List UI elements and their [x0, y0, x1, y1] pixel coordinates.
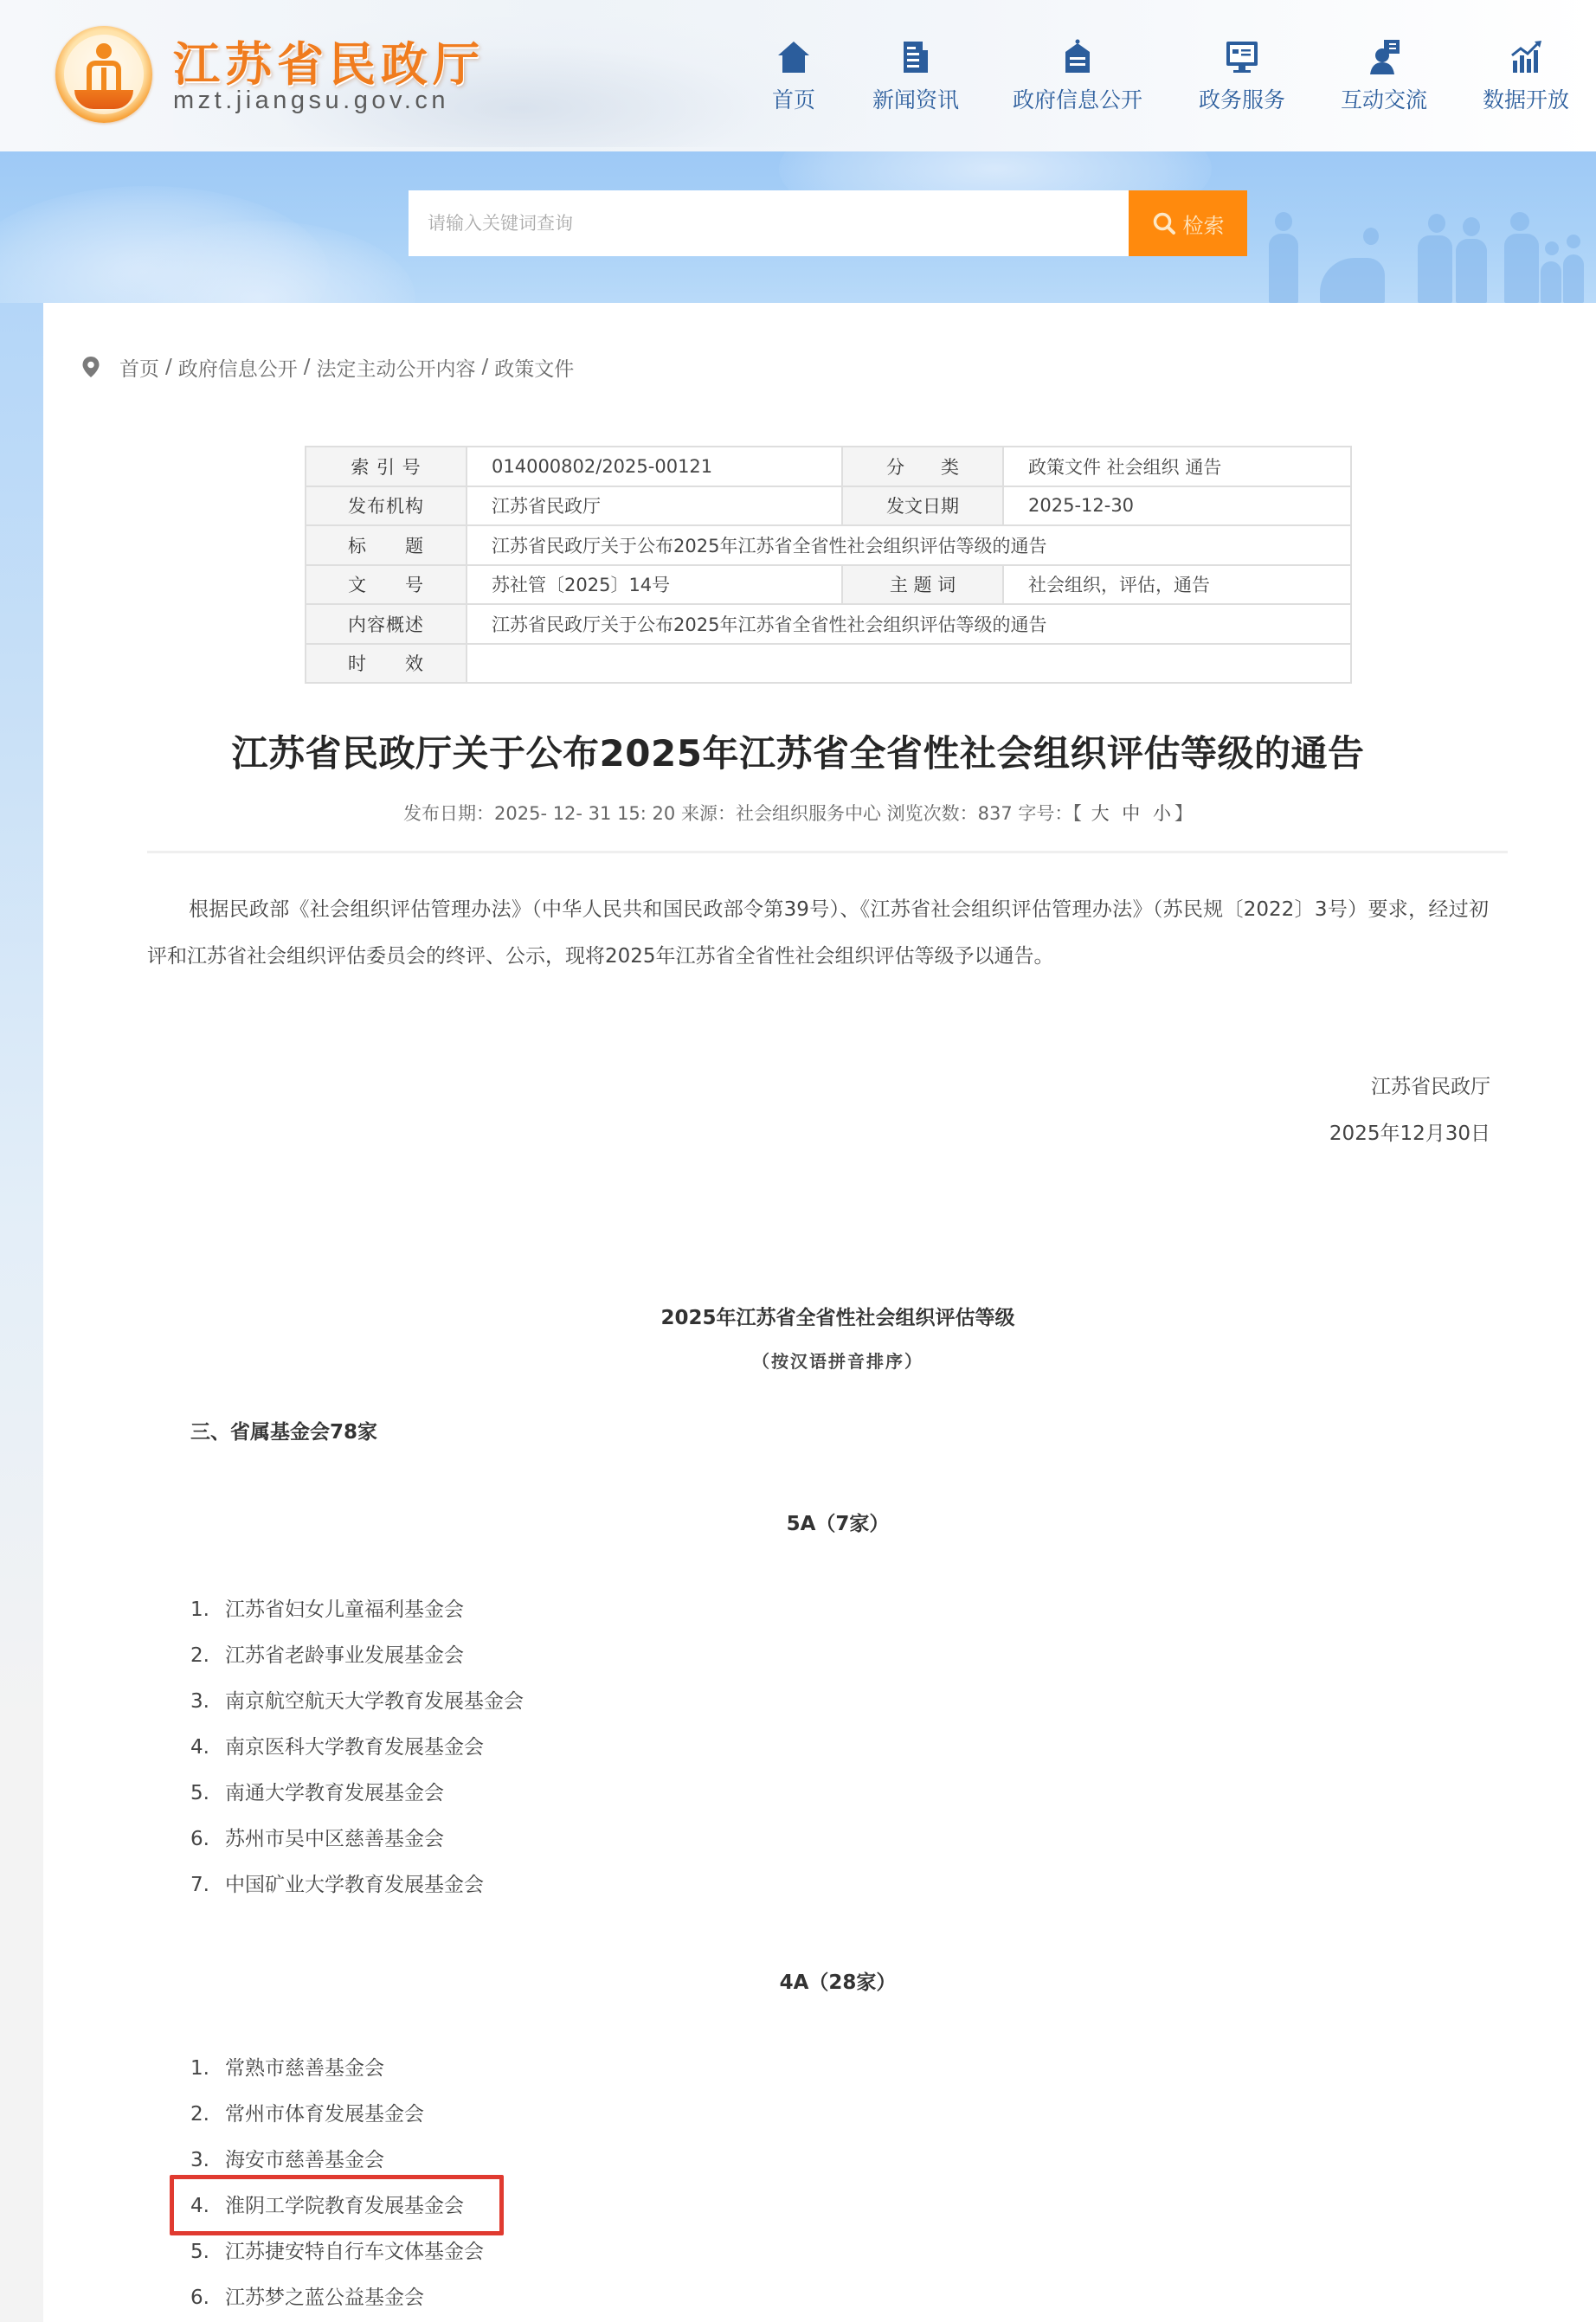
site-header: 江苏省民政厅 mzt.jiangsu.gov.cn 首页 新闻资讯 [0, 0, 1596, 151]
list-item: 2.江苏省老龄事业发展基金会 [190, 1633, 524, 1679]
title-label: 标 题 [306, 525, 467, 565]
org-name: 江苏捷安特自行车文体基金会 [225, 2241, 484, 2263]
breadcrumb-policy-docs[interactable]: 政策文件 [494, 353, 574, 382]
org-list-5a: 1.江苏省妇女儿童福利基金会 2.江苏省老龄事业发展基金会 3.南京航空航天大学… [190, 1587, 524, 1908]
list-item: 4.南京医科大学教育发展基金会 [190, 1725, 524, 1771]
org-name: 南京医科大学教育发展基金会 [225, 1736, 484, 1759]
nav-label: 互动交流 [1341, 83, 1427, 114]
attachment-subheading: （按汉语拼音排序） [0, 1348, 1596, 1373]
attachment-heading: 2025年江苏省全省性社会组织评估等级 [0, 1302, 1596, 1330]
issue-date-label: 发文日期 [842, 486, 1003, 526]
nav-item-gov-info[interactable]: 政府信息公开 [1013, 38, 1142, 114]
list-item: 7.中国矿业大学教育发展基金会 [190, 1862, 524, 1908]
category-value: 政策文件 社会组织 通告 [1003, 447, 1351, 486]
font-size-small-button[interactable]: 小 [1153, 803, 1171, 824]
publish-date: 2025- 12- 31 15: 20 [494, 803, 675, 824]
keywords-label: 主 题 词 [842, 565, 1003, 605]
grade-heading-4a: 4A（28家） [0, 1966, 1596, 1995]
keywords-value: 社会组织，评估，通告 [1003, 565, 1351, 605]
section-title: 三、省属基金会78家 [190, 1416, 377, 1444]
summary-label: 内容概述 [306, 604, 467, 644]
publisher-label: 发布机构 [306, 486, 467, 526]
search-input[interactable] [409, 190, 1129, 256]
validity-label: 时 效 [306, 644, 467, 684]
source-label: 来源： [681, 803, 736, 824]
list-item: 6.江苏梦之蓝公益基金会 [190, 2275, 484, 2321]
nav-label: 新闻资讯 [872, 83, 959, 114]
org-name: 南通大学教育发展基金会 [225, 1782, 444, 1804]
grade-heading-5a: 5A（7家） [0, 1508, 1596, 1536]
table-row: 文 号 苏社管〔2025〕14号 主 题 词 社会组织，评估，通告 [306, 565, 1351, 605]
table-row: 时 效 [306, 644, 1351, 684]
org-name: 南京航空航天大学教育发展基金会 [225, 1690, 524, 1713]
search-button-label: 检索 [1183, 209, 1225, 239]
views-label: 浏览次数： [887, 803, 978, 824]
chat-user-icon [1365, 38, 1403, 76]
breadcrumb-statutory-content[interactable]: 法定主动公开内容 [317, 353, 476, 382]
category-label: 分 类 [842, 447, 1003, 486]
search-button[interactable]: 检索 [1129, 190, 1247, 256]
article-title: 江苏省民政厅关于公布2025年江苏省全省性社会组织评估等级的通告 [0, 725, 1596, 777]
nav-item-home[interactable]: 首页 [772, 38, 815, 114]
title-value: 江苏省民政厅关于公布2025年江苏省全省性社会组织评估等级的通告 [467, 525, 1351, 565]
document-info-table: 索 引 号 014000802/2025-00121 分 类 政策文件 社会组织… [305, 446, 1352, 684]
location-pin-icon [81, 356, 100, 378]
main-nav: 首页 新闻资讯 政府信息公开 [0, 38, 1596, 125]
index-number-label: 索 引 号 [306, 447, 467, 486]
monitor-icon [1223, 38, 1261, 76]
nav-item-open-data[interactable]: 数据开放 [1483, 38, 1569, 114]
org-name: 江苏省老龄事业发展基金会 [225, 1644, 464, 1667]
bracket-close: 】 [1174, 803, 1193, 824]
list-item: 1.江苏省妇女儿童福利基金会 [190, 1587, 524, 1633]
issue-date-value: 2025-12-30 [1003, 486, 1351, 526]
list-item: 5.南通大学教育发展基金会 [190, 1771, 524, 1817]
breadcrumb-separator: / [482, 356, 489, 378]
nav-label: 政务服务 [1199, 83, 1285, 114]
org-name: 中国矿业大学教育发展基金会 [225, 1874, 484, 1896]
org-name: 苏州市吴中区慈善基金会 [225, 1828, 444, 1850]
search-icon [1152, 211, 1176, 235]
nav-label: 政府信息公开 [1013, 83, 1142, 114]
font-size-label: 字号： [1018, 803, 1072, 824]
doc-number-value: 苏社管〔2025〕14号 [467, 565, 842, 605]
title-divider [147, 851, 1508, 853]
article-meta: 发布日期：2025- 12- 31 15: 20 来源：社会组织服务中心 浏览次… [0, 800, 1596, 826]
gov-info-icon [1059, 38, 1097, 76]
news-icon [897, 38, 935, 76]
org-name: 海安市慈善基金会 [225, 2149, 384, 2171]
bracket-open: 【 [1072, 803, 1082, 824]
nav-label: 首页 [772, 83, 815, 114]
nav-item-interaction[interactable]: 互动交流 [1341, 38, 1427, 114]
org-name: 江苏梦之蓝公益基金会 [225, 2287, 424, 2309]
list-item: 2.常州市体育发展基金会 [190, 2092, 484, 2138]
index-number-value: 014000802/2025-00121 [467, 447, 842, 486]
table-row: 索 引 号 014000802/2025-00121 分 类 政策文件 社会组织… [306, 447, 1351, 486]
org-name: 常熟市慈善基金会 [225, 2057, 384, 2080]
nav-label: 数据开放 [1483, 83, 1569, 114]
signature-date: 2025年12月30日 [1144, 1117, 1490, 1146]
signature-org: 江苏省民政厅 [1144, 1071, 1490, 1099]
font-size-medium-button[interactable]: 中 [1122, 803, 1140, 824]
breadcrumb: 首页 / 政府信息公开 / 法定主动公开内容 / 政策文件 [81, 351, 574, 383]
list-item: 3.南京航空航天大学教育发展基金会 [190, 1679, 524, 1725]
breadcrumb-home[interactable]: 首页 [119, 353, 159, 382]
publish-date-label: 发布日期： [403, 803, 494, 824]
validity-value [467, 644, 1351, 684]
list-item: 5.江苏捷安特自行车文体基金会 [190, 2229, 484, 2275]
home-icon [775, 38, 813, 76]
breadcrumb-separator: / [165, 356, 172, 378]
font-size-large-button[interactable]: 大 [1091, 803, 1110, 824]
list-item: 6.苏州市吴中区慈善基金会 [190, 1817, 524, 1862]
breadcrumb-gov-info[interactable]: 政府信息公开 [178, 353, 298, 382]
org-name: 江苏省妇女儿童福利基金会 [225, 1598, 464, 1621]
red-highlight-annotation [170, 2175, 504, 2235]
org-name: 常州市体育发展基金会 [225, 2103, 424, 2126]
source-value: 社会组织服务中心 [736, 803, 881, 824]
list-item: 1.常熟市慈善基金会 [190, 2046, 484, 2092]
summary-value: 江苏省民政厅关于公布2025年江苏省全省性社会组织评估等级的通告 [467, 604, 1351, 644]
table-row: 发布机构 江苏省民政厅 发文日期 2025-12-30 [306, 486, 1351, 526]
table-row: 标 题 江苏省民政厅关于公布2025年江苏省全省性社会组织评估等级的通告 [306, 525, 1351, 565]
nav-item-services[interactable]: 政务服务 [1199, 38, 1285, 114]
publisher-value: 江苏省民政厅 [467, 486, 842, 526]
table-row: 内容概述 江苏省民政厅关于公布2025年江苏省全省性社会组织评估等级的通告 [306, 604, 1351, 644]
article-body-paragraph: 根据民政部《社会组织评估管理办法》（中华人民共和国民政部令第39号）、《江苏省社… [147, 886, 1489, 980]
doc-number-label: 文 号 [306, 565, 467, 605]
chart-icon [1507, 38, 1545, 76]
nav-item-news[interactable]: 新闻资讯 [872, 38, 959, 114]
views-count: 837 [978, 803, 1013, 824]
breadcrumb-separator: / [304, 356, 311, 378]
